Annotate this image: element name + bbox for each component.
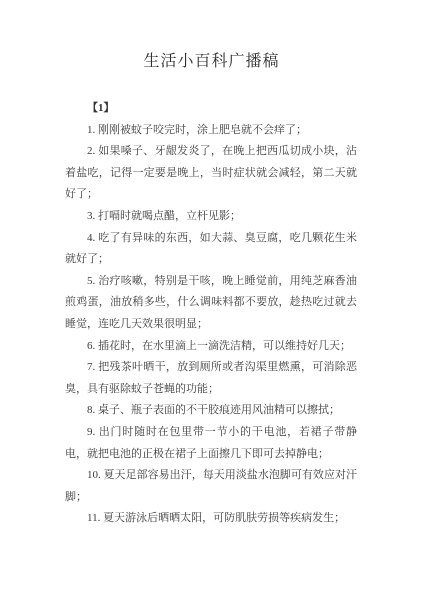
list-item: 11. 夏天游泳后晒晒太阳，可防肌肤劳损等疾病发生； (65, 508, 357, 530)
list-item: 2. 如果嗓子、牙龈发炎了，在晚上把西瓜切成小块，沾着盐吃，记得一定要是晚上，当… (65, 141, 357, 206)
list-item: 9. 出门时随时在包里带一节小的干电池，若裙子带静电，就把电池的正极在裙子上面擦… (65, 422, 357, 465)
list-item: 5. 治疗咳嗽，特别是干咳，晚上睡觉前，用纯芝麻香油煎鸡蛋，油放稍多些，什么调味… (65, 271, 357, 336)
list-item: 6. 插花时，在水里滴上一滴洗洁精，可以维持好几天； (65, 336, 357, 358)
list-item: 10. 夏天足部容易出汗，每天用淡盐水泡脚可有效应对汗脚； (65, 465, 357, 508)
list-item: 8. 桌子、瓶子表面的不干胶痕迹用风油精可以擦拭； (65, 400, 357, 422)
list-item: 4. 吃了有异味的东西，如大蒜、臭豆腐，吃几颗花生米就好了； (65, 228, 357, 271)
document-page: 生活小百科广播稿 【1】 1. 刚刚被蚊子咬完时，涂上肥皂就不会痒了； 2. 如… (0, 0, 423, 600)
list-item: 7. 把残茶叶晒干，放到厕所或者沟渠里燃熏，可消除恶臭，具有驱除蚊子苍蝇的功能； (65, 357, 357, 400)
document-body: 【1】 1. 刚刚被蚊子咬完时，涂上肥皂就不会痒了； 2. 如果嗓子、牙龈发炎了… (65, 98, 357, 530)
list-item: 1. 刚刚被蚊子咬完时，涂上肥皂就不会痒了； (65, 120, 357, 142)
section-label: 【1】 (65, 98, 357, 120)
page-title: 生活小百科广播稿 (0, 52, 423, 71)
list-item: 3. 打嗝时就喝点醋，立杆见影； (65, 206, 357, 228)
